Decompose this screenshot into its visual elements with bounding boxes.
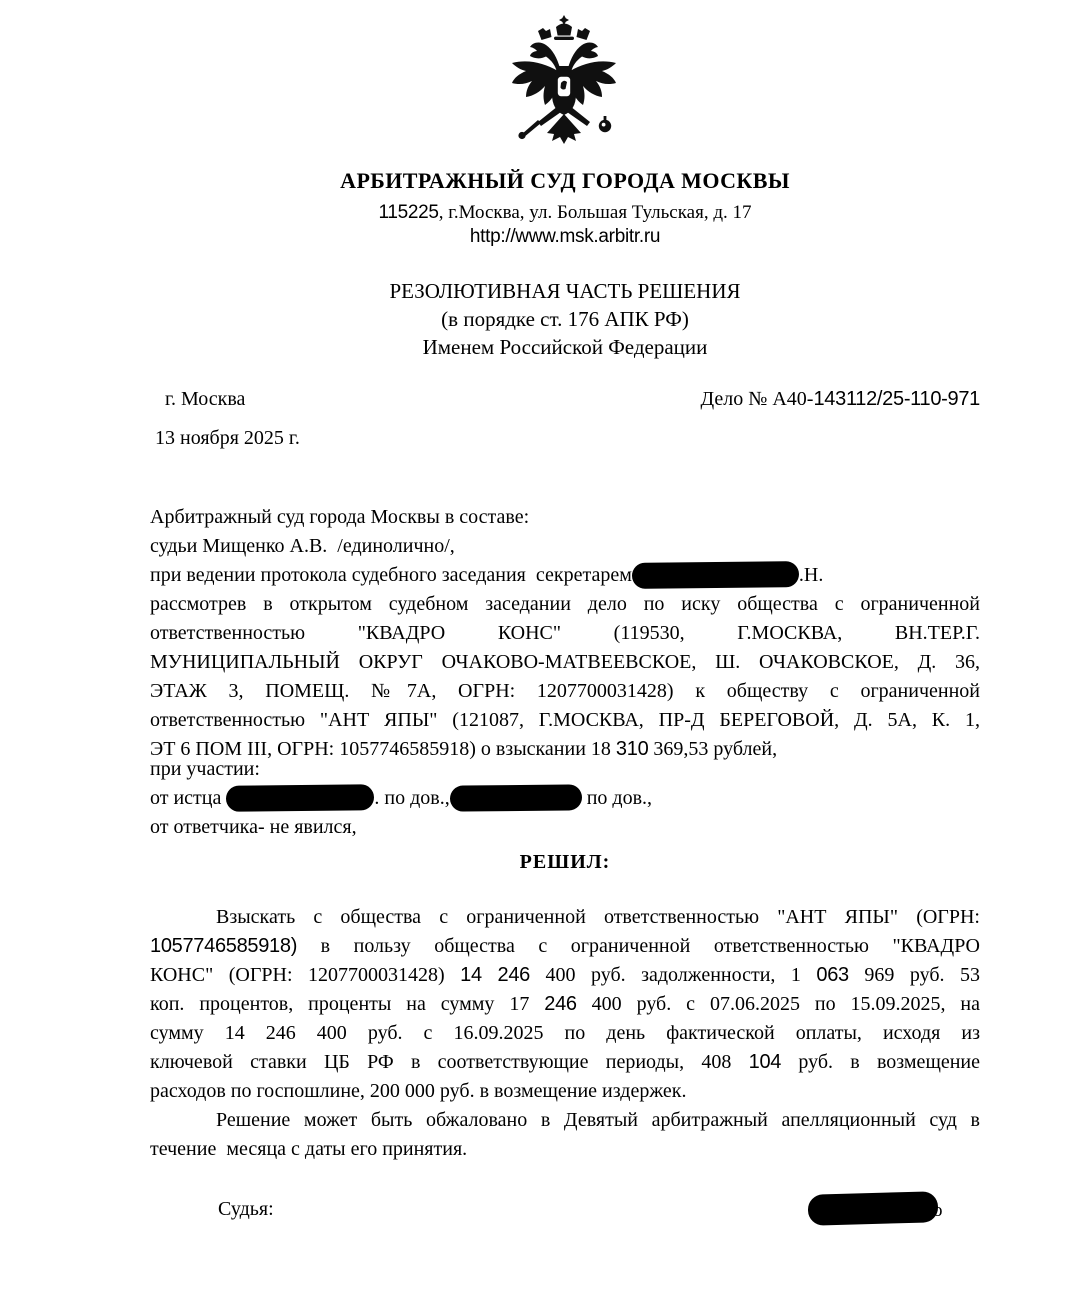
- text-segment: при ведении протокола судебного заседани…: [150, 564, 632, 586]
- text-segment: ответственностью "КВАДРО КОНС" (119530, …: [150, 622, 980, 644]
- text-segment: 969 руб. 53: [849, 964, 980, 986]
- court-website: http://www.msk.arbitr.ru: [150, 226, 980, 248]
- text-segment: 400 руб. задолженности, 1: [530, 964, 816, 986]
- text-line: Решение может быть обжаловано в Девятый …: [150, 1106, 980, 1135]
- text-line: Арбитражный суд города Москвы в составе:: [150, 503, 980, 532]
- text-line: от ответчика- не явился,: [150, 813, 980, 842]
- text-line: при участии:: [150, 755, 980, 784]
- text-line: расходов по госпошлине, 200 000 руб. в в…: [150, 1077, 980, 1106]
- court-address: 115225, г.Москва, ул. Большая Тульская, …: [150, 202, 980, 224]
- court-decision-document: АРБИТРАЖНЫЙ СУД ГОРОДА МОСКВЫ 115225, г.…: [0, 0, 1080, 1306]
- text-segment: .Н.: [799, 564, 823, 586]
- text-segment: судьи Мищенко А.В. /единолично/,: [150, 535, 455, 557]
- court-name-heading: АРБИТРАЖНЫЙ СУД ГОРОДА МОСКВЫ: [150, 168, 980, 194]
- text-segment: ЭТАЖ 3, ПОМЕЩ. №7А, ОГРН: 1207700031428)…: [150, 680, 980, 702]
- text-segment: КОНС" (ОГРН: 1207700031428): [150, 964, 460, 986]
- case-number-value: 143112/25-110-971: [813, 388, 980, 410]
- text-line: ответственностью "КВАДРО КОНС" (119530, …: [150, 619, 980, 648]
- text-segment: при участии:: [150, 758, 260, 780]
- text-segment: сумму 14 246 400 руб. с 16.09.2025 по де…: [150, 1022, 980, 1044]
- participation-block: при участии:от истца . по дов., по дов.,…: [150, 755, 980, 842]
- text-line: коп. процентов, проценты на сумму 17 246…: [150, 990, 980, 1019]
- text-segment: в пользу общества с ограниченной ответст…: [297, 935, 980, 957]
- text-segment: 063: [816, 964, 848, 986]
- text-segment: от ответчика- не явился,: [150, 816, 357, 838]
- decision-date: 13 ноября 2025 г.: [155, 427, 300, 450]
- text-line: 1057746585918) в пользу общества с огран…: [150, 932, 980, 961]
- text-segment: ответственностью "АНТ ЯПЫ" (121087, Г.МО…: [150, 709, 980, 731]
- text-segment: 246: [544, 993, 576, 1015]
- text-line: МУНИЦИПАЛЬНЫЙ ОКРУГ ОЧАКОВО-МАТВЕЕВСКОЕ,…: [150, 648, 980, 677]
- text-segment: ключевой ставки ЦБ РФ в соответствующие …: [150, 1051, 749, 1073]
- text-segment: от истца: [150, 787, 226, 809]
- text-line: КОНС" (ОГРН: 1207700031428) 14 246 400 р…: [150, 961, 980, 990]
- text-line: сумму 14 246 400 руб. с 16.09.2025 по де…: [150, 1019, 980, 1048]
- text-line: ЭТАЖ 3, ПОМЕЩ. №7А, ОГРН: 1207700031428)…: [150, 677, 980, 706]
- text-line: ключевой ставки ЦБ РФ в соответствующие …: [150, 1048, 980, 1077]
- text-segment: Взыскать с общества с ограниченной ответ…: [216, 906, 980, 928]
- text-segment: коп. процентов, проценты на сумму 17: [150, 993, 544, 1015]
- hearing-city: г. Москва: [165, 388, 245, 411]
- text-segment: Решение может быть обжаловано в Девятый …: [216, 1109, 980, 1131]
- redaction-bar: [450, 784, 582, 811]
- text-segment: 14 246: [460, 964, 530, 986]
- resolution-heading: РЕШИЛ:: [150, 851, 980, 874]
- judge-signature-redaction: [808, 1191, 939, 1226]
- decision-paragraph: Взыскать с общества с ограниченной ответ…: [150, 903, 980, 1164]
- text-line: при ведении протокола судебного заседани…: [150, 561, 980, 590]
- text-segment: рассмотрев в открытом судебном заседании…: [150, 593, 980, 615]
- case-info-row: г. Москва Дело № А40-143112/25-110-971: [150, 388, 980, 412]
- text-line: течение месяца с даты его принятия.: [150, 1135, 980, 1164]
- text-segment: МУНИЦИПАЛЬНЫЙ ОКРУГ ОЧАКОВО-МАТВЕЕВСКОЕ,…: [150, 651, 980, 673]
- case-number: Дело № А40-143112/25-110-971: [701, 388, 980, 411]
- case-number-prefix: Дело № А40-: [701, 388, 814, 410]
- judge-signature-label: Судья:: [218, 1198, 274, 1221]
- text-segment: расходов по госпошлине, 200 000 руб. в в…: [150, 1080, 686, 1102]
- coat-of-arms-icon: [502, 14, 626, 151]
- text-segment: руб. в возмещение: [781, 1051, 980, 1073]
- redaction-bar: [632, 561, 799, 589]
- court-address-rest: , г.Москва, ул. Большая Тульская, д. 17: [439, 202, 752, 223]
- document-title: РЕЗОЛЮТИВНАЯ ЧАСТЬ РЕШЕНИЯ: [150, 279, 980, 304]
- text-segment: 1057746585918): [150, 935, 297, 957]
- text-line: Взыскать с общества с ограниченной ответ…: [150, 903, 980, 932]
- text-segment: течение месяца с даты его принятия.: [150, 1138, 467, 1160]
- text-segment: Арбитражный суд города Москвы в составе:: [150, 506, 529, 528]
- redaction-bar: [226, 784, 374, 812]
- document-subtitle-2: Именем Российской Федерации: [150, 335, 980, 360]
- document-subtitle: (в порядке ст. 176 АПК РФ): [150, 307, 980, 332]
- text-segment: . по дов.,: [374, 787, 449, 809]
- court-address-zip: 115225: [378, 202, 438, 223]
- court-composition-paragraph: Арбитражный суд города Москвы в составе:…: [150, 503, 980, 764]
- text-line: рассмотрев в открытом судебном заседании…: [150, 590, 980, 619]
- text-line: судьи Мищенко А.В. /единолично/,: [150, 532, 980, 561]
- text-segment: по дов.,: [582, 787, 652, 809]
- text-line: ответственностью "АНТ ЯПЫ" (121087, Г.МО…: [150, 706, 980, 735]
- text-segment: 400 руб. с 07.06.2025 по 15.09.2025, на: [577, 993, 980, 1015]
- text-line: от истца . по дов., по дов.,: [150, 784, 980, 813]
- text-segment: 104: [749, 1051, 781, 1073]
